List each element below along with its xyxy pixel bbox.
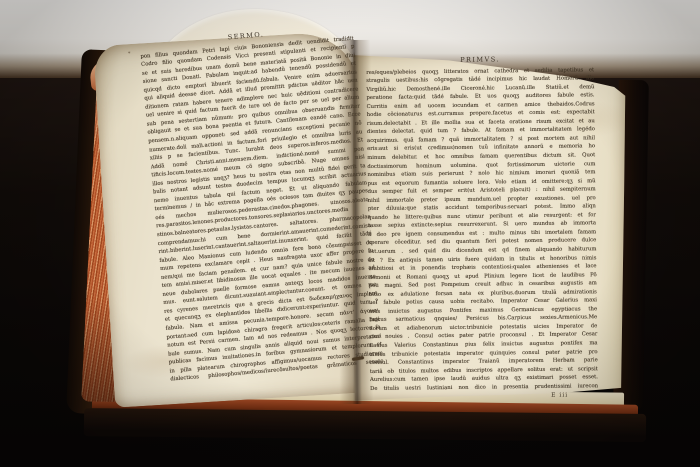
left-margin-mark: * — [128, 51, 131, 57]
right-page-text: PRIMVS. res/eques/plebeios quoqʒ littera… — [366, 54, 598, 401]
cover-bottom-shadow — [84, 408, 646, 442]
right-text-lines: res/eques/plebeios quoqʒ litteratos orna… — [366, 66, 598, 394]
photo-of-open-book: SERMO. pon filius quondam Petri lapi ciu… — [0, 0, 700, 467]
left-page-text: SERMO. pon filius quondam Petri lapi ciu… — [139, 23, 384, 385]
right-running-head: PRIMVS. — [366, 54, 594, 65]
left-text-lines: pon filius quondam Petri lapi ciuis Bono… — [140, 34, 384, 384]
